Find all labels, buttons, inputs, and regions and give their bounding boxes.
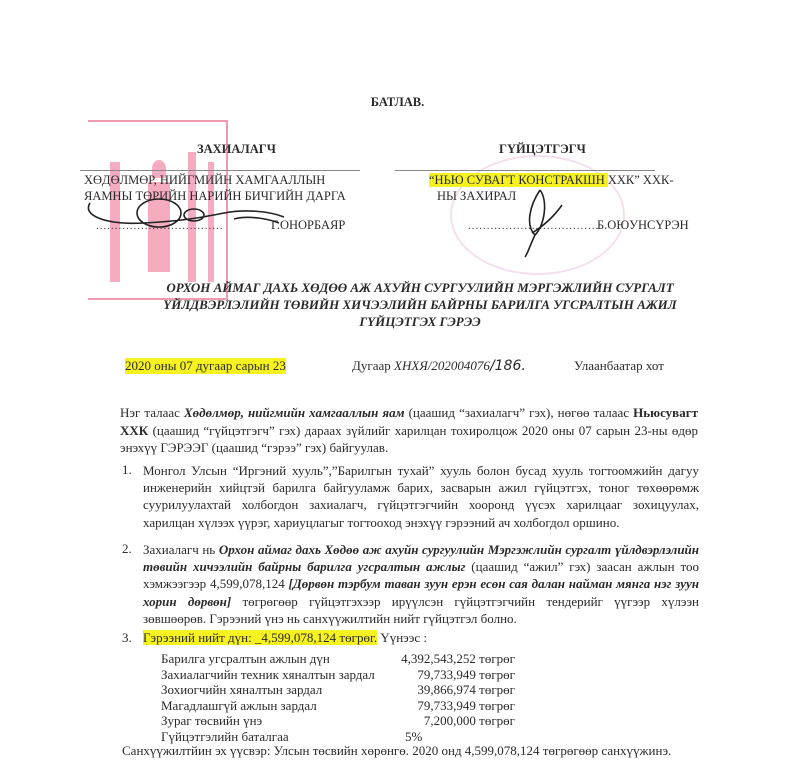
clause-3-header: Гэрээний нийт дүн: _4,599,078,124 төгрөг… (143, 630, 427, 646)
breakdown-label: Зураг төсвийн үнэ (161, 713, 262, 729)
contract-total: Гэрээний нийт дүн: _4,599,078,124 төгрөг… (143, 630, 377, 645)
contract-number-value: ХНХЯ/202004076 (394, 358, 490, 373)
contract-number: Дугаар ХНХЯ/202004076/186. (352, 358, 526, 374)
intro-paragraph: Нэг талаас Хөдөлмөр, нийгмийн хамгааллын… (120, 404, 698, 457)
clause-1-number: 1. (122, 462, 132, 478)
contract-title-line3: ГҮЙЦЭТГЭХ ГЭРЭЭ (100, 313, 740, 330)
clause-2-text-1: Захиалагч нь (143, 542, 219, 557)
clause-3-rest: Үүнээс : (377, 630, 427, 645)
intro-customer: Хөдөлмөр, нийгмийн хамгааллын яам (184, 405, 405, 420)
contractor-title: ГҮЙЦЭТГЭГЧ (499, 142, 586, 157)
breakdown-value: 79,733,949 төгрөг (380, 667, 515, 683)
contract-title: ОРХОН АЙМАГ ДАХЬ ХӨДӨӨ АЖ АХУЙН СУРГУУЛИ… (100, 279, 740, 330)
clause-3-number: 3. (122, 630, 132, 646)
approval-heading: БАТЛАВ. (0, 95, 795, 110)
customer-org-line1: ХӨДӨЛМӨР, НИЙГМИЙН ХАМГААЛЛЫН (84, 172, 346, 188)
contract-number-label: Дугаар (352, 358, 394, 373)
contract-title-line2: ҮЙЛДВЭРЛЭЛИЙН ТӨВИЙН ХИЧЭЭЛИЙН БАЙРНЫ БА… (100, 296, 740, 313)
customer-title: ЗАХИАЛАГЧ (197, 142, 276, 157)
funding-source: Санхүүжилтйин эх үүсвэр: Улсын төсвийн х… (122, 743, 671, 759)
contractor-signer-name: Б.ОЮУНСҮРЭН (597, 218, 689, 233)
breakdown-value: 39,866,974 төгрөг (380, 682, 515, 698)
breakdown-label: Магадлашгүй ажлын зардал (161, 698, 317, 714)
contractor-org-rest: ХХК” ХХК- (608, 173, 674, 187)
clause-1-text: Монгол Улсын “Иргэний хууль”,”Барилгын т… (143, 462, 699, 531)
contract-number-handwritten: /186. (490, 358, 526, 374)
breakdown-value: 4,392,543,252 төгрөг (380, 651, 515, 667)
breakdown-value: 7,200,000 төгрөг (380, 713, 515, 729)
clause-2-text: Захиалагч нь Орхон аймаг дахь Хөдөө аж а… (143, 541, 699, 627)
breakdown-label: Барилга угсралтын ажлын дүн (161, 651, 330, 667)
intro-text-2: (цаашид “захиалагч” гэх), нөгөө талаас (405, 405, 634, 420)
contract-title-line1: ОРХОН АЙМАГ ДАХЬ ХӨДӨӨ АЖ АХУЙН СУРГУУЛИ… (100, 279, 740, 296)
breakdown-label: Зохиогчийн хяналтын зардал (161, 682, 322, 698)
contract-date: 2020 оны 07 дугаар сарын 23 (125, 358, 286, 374)
customer-divider (80, 170, 360, 171)
contract-city: Улаанбаатар хот (574, 358, 664, 374)
customer-signature (84, 195, 304, 235)
contractor-divider (395, 170, 655, 171)
intro-text-1: Нэг талаас (120, 405, 184, 420)
intro-text-3: (цаашид “гүйцэтгэгч” гэх) дараах зүйлийг… (120, 423, 698, 456)
clause-2-number: 2. (122, 541, 132, 557)
breakdown-value: 79,733,949 төгрөг (380, 698, 515, 714)
contractor-signature (510, 185, 570, 260)
breakdown-label: Захиалагчийн техник хяналтын зардал (161, 667, 375, 683)
